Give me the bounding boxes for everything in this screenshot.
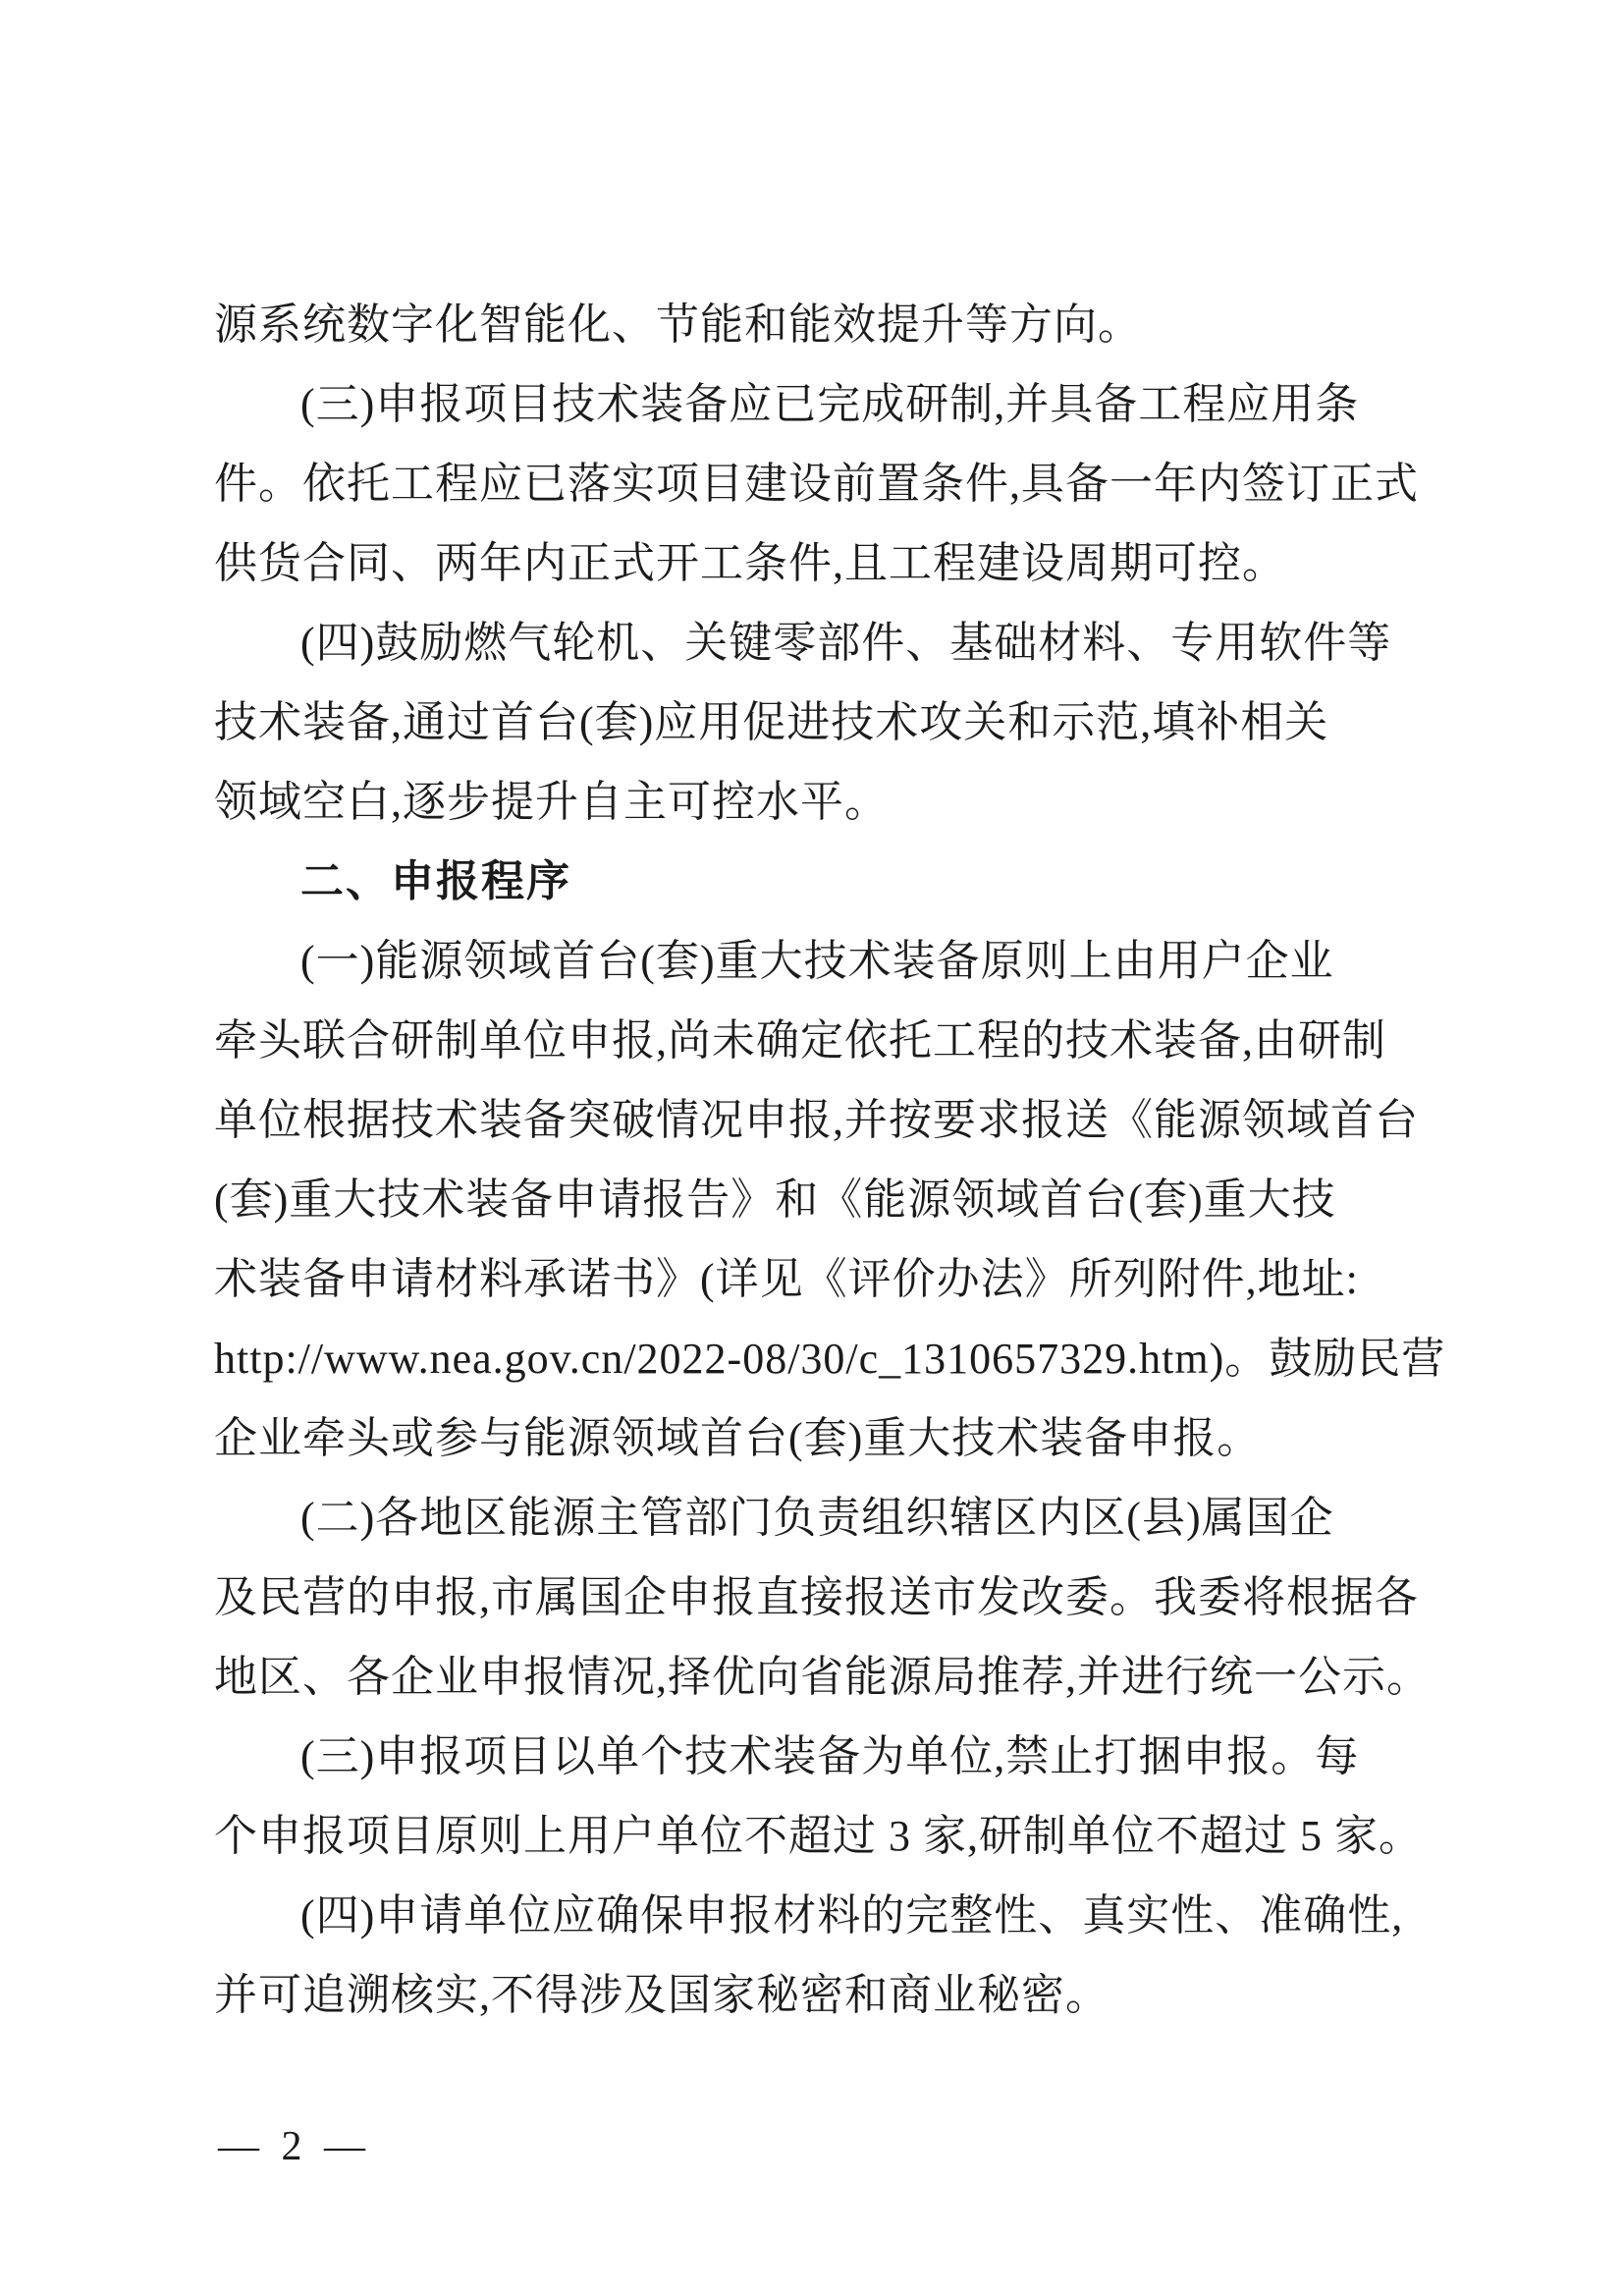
body-line: 个申报项目原则上用户单位不超过 3 家,研制单位不超过 5 家。	[214, 1796, 1432, 1876]
body-line: 领域空白,逐步提升自主可控水平。	[214, 762, 1432, 842]
document-body: 源系统数字化智能化、节能和能效提升等方向。 (三)申报项目技术装备应已完成研制,…	[214, 285, 1432, 2035]
body-line: 及民营的申报,市属国企申报直接报送市发改委。我委将根据各	[214, 1558, 1432, 1637]
body-line: 技术装备,通过首台(套)应用促进技术攻关和示范,填补相关	[214, 683, 1432, 762]
body-line: 企业牵头或参与能源领域首台(套)重大技术装备申报。	[214, 1398, 1432, 1478]
body-line: (二)各地区能源主管部门负责组织辖区内区(县)属国企	[214, 1478, 1432, 1558]
page-number: — 2 —	[218, 2117, 371, 2176]
body-line: 单位根据技术装备突破情况申报,并按要求报送《能源领域首台	[214, 1080, 1432, 1160]
body-line: (四)申请单位应确保申报材料的完整性、真实性、准确性,	[214, 1876, 1432, 1955]
body-line: 供货合同、两年内正式开工条件,且工程建设周期可控。	[214, 523, 1432, 603]
body-line: (一)能源领域首台(套)重大技术装备原则上由用户企业	[214, 921, 1432, 1001]
body-line: (三)申报项目以单个技术装备为单位,禁止打捆申报。每	[214, 1717, 1432, 1796]
body-line: (三)申报项目技术装备应已完成研制,并具备工程应用条	[214, 364, 1432, 444]
body-line: (四)鼓励燃气轮机、关键零部件、基础材料、专用软件等	[214, 603, 1432, 683]
body-line: 牵头联合研制单位申报,尚未确定依托工程的技术装备,由研制	[214, 1001, 1432, 1080]
body-line: 地区、各企业申报情况,择优向省能源局推荐,并进行统一公示。	[214, 1637, 1432, 1717]
body-line: 并可追溯核实,不得涉及国家秘密和商业秘密。	[214, 1955, 1432, 2035]
body-line: 源系统数字化智能化、节能和能效提升等方向。	[214, 285, 1432, 364]
section-heading: 二、申报程序	[214, 842, 1432, 921]
document-page: 源系统数字化智能化、节能和能效提升等方向。 (三)申报项目技术装备应已完成研制,…	[0, 0, 1623, 2296]
body-line: 术装备申请材料承诺书》(详见《评价办法》所列附件,地址:	[214, 1239, 1432, 1319]
body-line-url: http://www.nea.gov.cn/2022-08/30/c_13106…	[214, 1319, 1432, 1398]
body-line: (套)重大技术装备申请报告》和《能源领域首台(套)重大技	[214, 1160, 1432, 1239]
body-line: 件。依托工程应已落实项目建设前置条件,具备一年内签订正式	[214, 444, 1432, 523]
